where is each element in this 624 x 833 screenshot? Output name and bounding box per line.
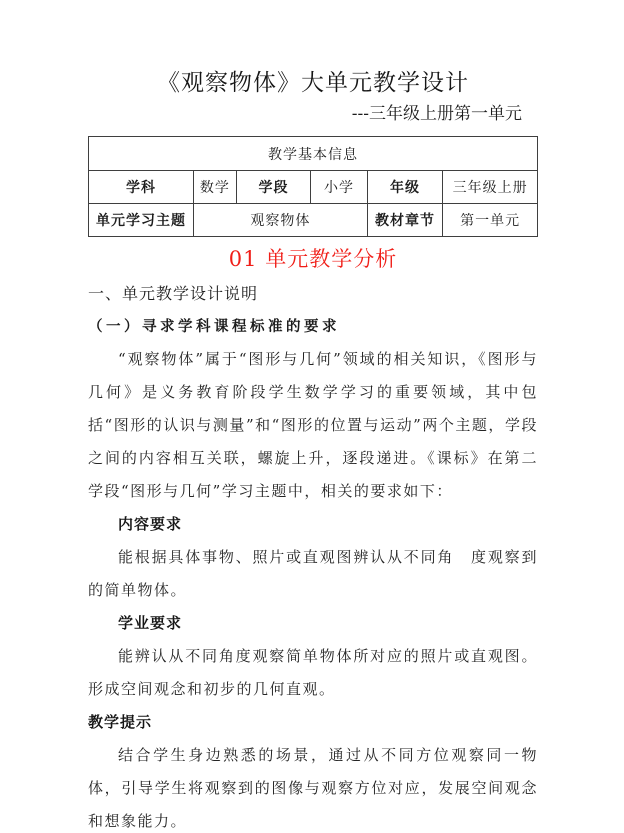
subject-label-cell: 学科 (89, 171, 194, 204)
section-banner: 01 单元教学分析 (88, 241, 538, 277)
table-row: 教学基本信息 (89, 137, 538, 171)
document-page: 《观察物体》大单元教学设计 ---三年级上册第一单元 教学基本信息 学科 数学 … (0, 0, 624, 833)
intro-paragraph: “观察物体”属于“图形与几何”领域的相关知识，《图形与几何》是义务教育阶段学生数… (88, 343, 538, 508)
theme-label-cell: 单元学习主题 (89, 204, 194, 237)
subject-value-cell: 数学 (194, 171, 237, 204)
content-requirement-label: 内容要求 (118, 508, 538, 541)
teaching-tip-label: 教学提示 (88, 706, 538, 739)
table-row: 单元学习主题 观察物体 教材章节 第一单元 (89, 204, 538, 237)
theme-value-cell: 观察物体 (194, 204, 368, 237)
chapter-value-cell: 第一单元 (443, 204, 538, 237)
table-row: 学科 数学 学段 小学 年级 三年级上册 (89, 171, 538, 204)
subsection-heading: （一）寻求学科课程标准的要求 (88, 310, 538, 343)
chapter-label-cell: 教材章节 (367, 204, 442, 237)
content-requirement-paragraph: 能根据具体事物、照片或直观图辨认从不同角 度观察到的简单物体。 (88, 541, 538, 607)
teaching-tip-paragraph: 结合学生身边熟悉的场景，通过从不同方位观察同一物体，引导学生将观察到的图像与观察… (88, 739, 538, 833)
grade-label-cell: 年级 (367, 171, 442, 204)
basic-info-table: 教学基本信息 学科 数学 学段 小学 年级 三年级上册 单元学习主题 观察物体 … (88, 136, 538, 237)
grade-value-cell: 三年级上册 (443, 171, 538, 204)
academic-requirement-label: 学业要求 (118, 607, 538, 640)
table-title-cell: 教学基本信息 (89, 137, 538, 171)
document-title: 《观察物体》大单元教学设计 (88, 66, 538, 100)
document-subtitle: ---三年级上册第一单元 (88, 100, 538, 128)
section-heading: 一、单元教学设计说明 (88, 277, 538, 310)
stage-value-cell: 小学 (311, 171, 368, 204)
academic-requirement-paragraph: 能辨认从不同角度观察简单物体所对应的照片或直观图。形成空间观念和初步的几何直观。 (88, 640, 538, 706)
document-content: 《观察物体》大单元教学设计 ---三年级上册第一单元 教学基本信息 学科 数学 … (0, 0, 624, 833)
stage-label-cell: 学段 (236, 171, 311, 204)
